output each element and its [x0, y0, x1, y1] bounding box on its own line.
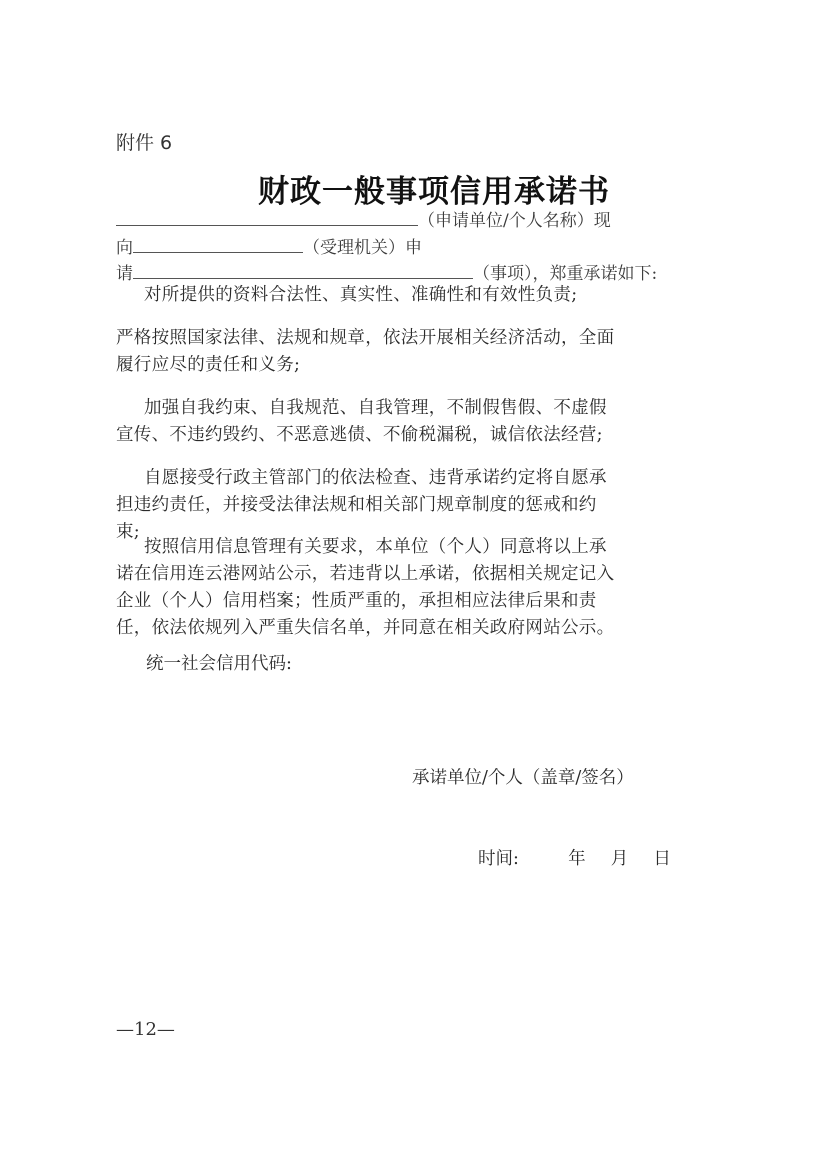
page-number: —12—: [116, 1019, 175, 1040]
date-day: 日: [653, 845, 671, 870]
matter-hint: （事项），郑重承诺如下:: [473, 264, 657, 284]
header-line-authority: 向（受理机关）申: [116, 233, 422, 258]
signature-label: 承诺单位/个人（盖章/签名）: [412, 764, 634, 789]
date-label: 时间:: [478, 845, 519, 870]
matter-blank[interactable]: [133, 262, 473, 279]
date-line: 时间: 年 月 日: [478, 845, 671, 870]
applicant-name-blank[interactable]: [116, 209, 418, 226]
credit-code-label: 统一社会信用代码:: [146, 650, 292, 675]
date-year: 年: [568, 845, 586, 870]
to-prefix: 向: [116, 238, 133, 258]
commitment-paragraph-5: 按照信用信息管理有关要求，本单位（个人）同意将以上承诺在信用连云港网站公示，若违…: [116, 534, 616, 642]
attachment-label: 附件 6: [116, 128, 172, 155]
document-title: 财政一般事项信用承诺书: [258, 166, 610, 211]
header-line-matter: 请（事项），郑重承诺如下:: [116, 259, 657, 284]
authority-hint: （受理机关）申: [303, 238, 422, 258]
commitment-paragraph-2: 严格按照国家法律、法规和规章，依法开展相关经济活动，全面履行应尽的责任和义务;: [116, 325, 616, 379]
apply-prefix: 请: [116, 264, 133, 284]
header-line-applicant: （申请单位/个人名称）现: [116, 206, 611, 231]
commitment-paragraph-1: 对所提供的资料合法性、真实性、准确性和有效性负责;: [116, 282, 616, 309]
applicant-name-hint: （申请单位/个人名称）现: [418, 211, 611, 231]
authority-blank[interactable]: [133, 236, 303, 253]
commitment-paragraph-3: 加强自我约束、自我规范、自我管理，不制假售假、不虚假宣传、不违约毁约、不恶意逃债…: [116, 395, 616, 449]
date-month: 月: [611, 845, 629, 870]
